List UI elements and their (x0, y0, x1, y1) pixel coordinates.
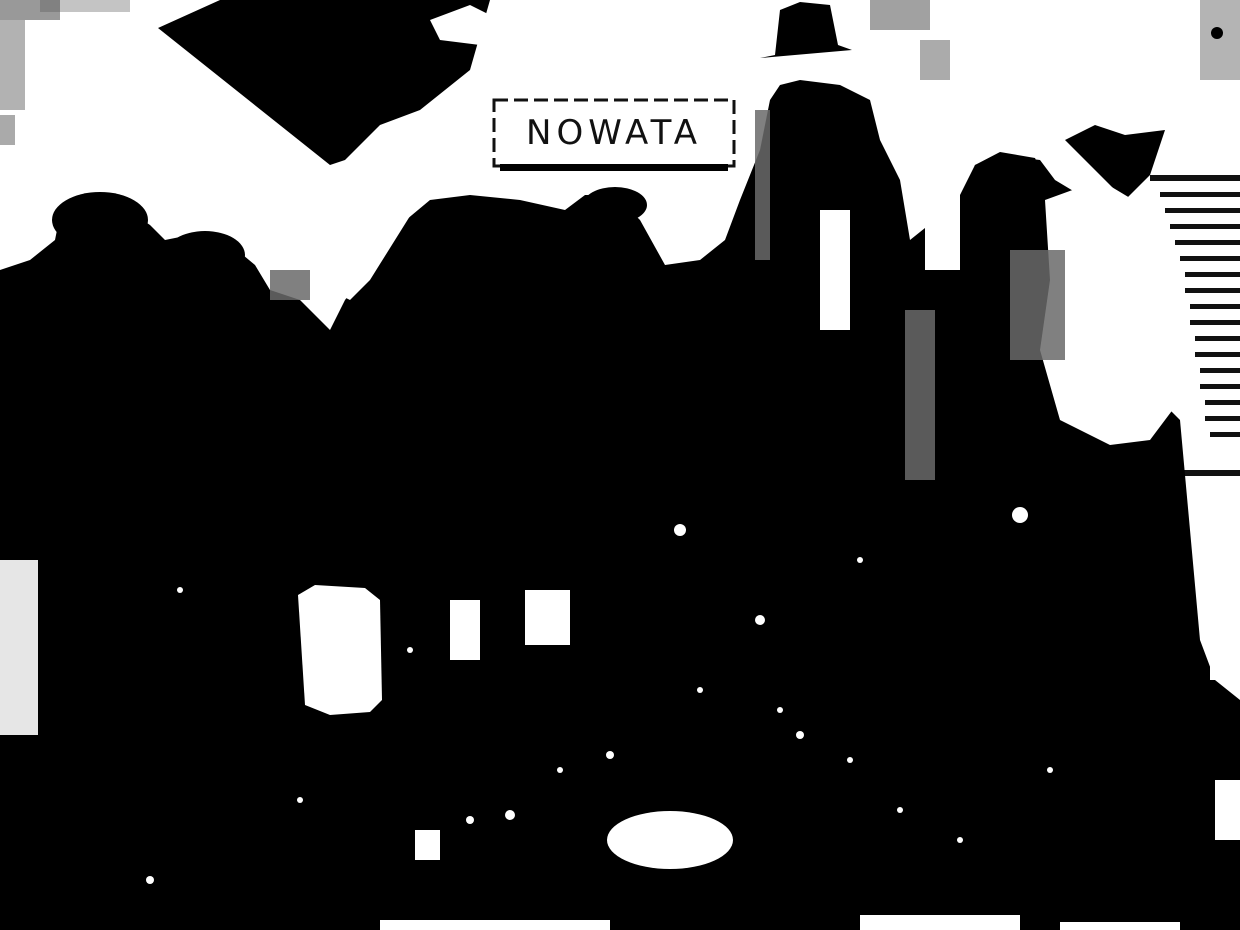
station-sign-text: NOWATA (498, 104, 730, 162)
white-object-ground (607, 811, 733, 869)
bundle-left (298, 585, 382, 715)
hat-center-man (583, 187, 647, 223)
hat-left-man (52, 192, 148, 248)
